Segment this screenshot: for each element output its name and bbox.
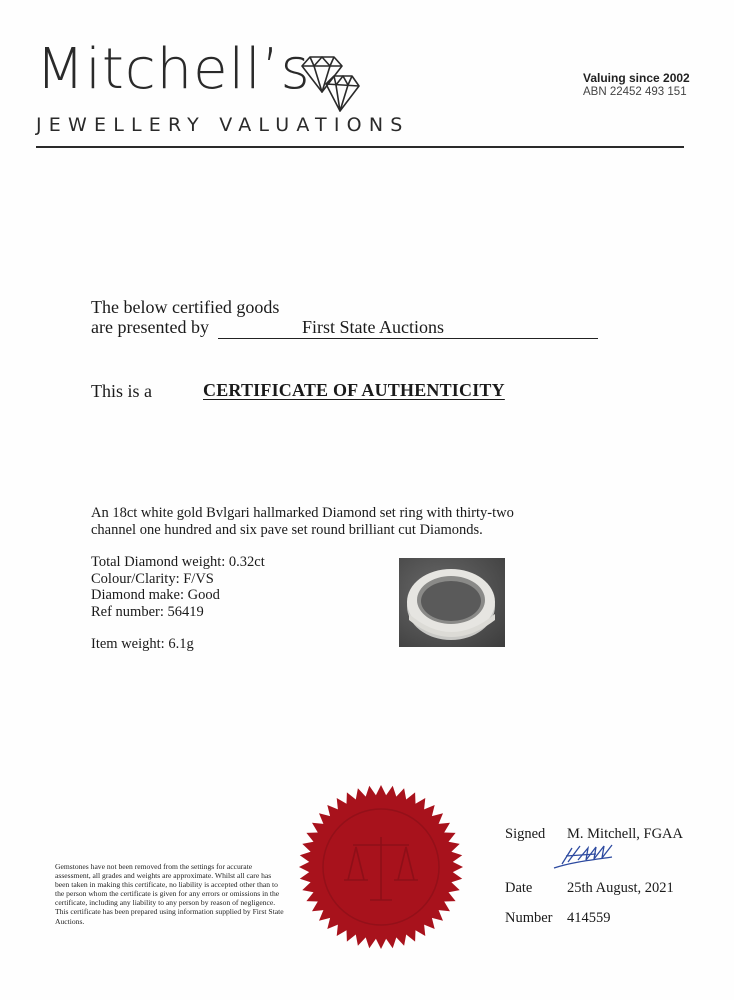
signer-name: M. Mitchell, FGAA (567, 826, 683, 843)
presentation-line-2: are presented by (91, 317, 209, 338)
disclaimer-text: Gemstones have not been removed from the… (55, 862, 285, 926)
item-specs: Total Diamond weight: 0.32ct Colour/Clar… (91, 554, 265, 620)
header-divider (36, 146, 684, 148)
spec-diamond-weight: Total Diamond weight: 0.32ct (91, 554, 265, 571)
date-value: 25th August, 2021 (567, 880, 674, 897)
item-weight: Item weight: 6.1g (91, 636, 194, 653)
number-label: Number (505, 910, 553, 927)
abn-number: ABN 22452 493 151 (583, 86, 687, 98)
presenter-name: First State Auctions (302, 317, 444, 337)
seal-icon (298, 775, 464, 955)
certificate-prefix: This is a (91, 381, 152, 402)
certificate-title: CERTIFICATE OF AUTHENTICITY (203, 380, 505, 401)
ring-photo (399, 558, 505, 647)
date-label: Date (505, 880, 532, 897)
item-description: An 18ct white gold Bvlgari hallmarked Di… (91, 505, 531, 539)
presenter-field: First State Auctions (218, 317, 598, 339)
signature-icon (552, 842, 652, 872)
spec-ref-number: Ref number: 56419 (91, 604, 265, 621)
brand-subtitle: JEWELLERY VALUATIONS (36, 116, 410, 135)
signed-label: Signed (505, 826, 545, 843)
diamond-icon (296, 54, 362, 114)
spec-diamond-make: Diamond make: Good (91, 587, 265, 604)
presentation-line-1: The below certified goods (91, 297, 279, 318)
brand-name: Mitchell’s (36, 42, 311, 98)
certificate-number: 414559 (567, 910, 611, 927)
tagline: Valuing since 2002 (583, 71, 690, 85)
spec-colour-clarity: Colour/Clarity: F/VS (91, 571, 265, 588)
